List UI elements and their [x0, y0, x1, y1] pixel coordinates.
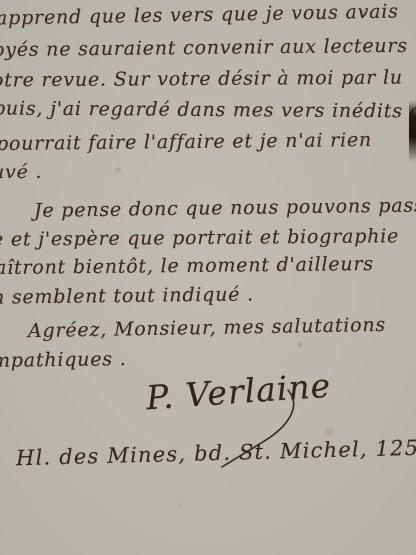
- signature: P. Verlaine: [145, 366, 332, 418]
- letter-line: aîtront bientôt, le moment d'ailleurs: [0, 253, 374, 279]
- letter-line: uvé .: [0, 161, 42, 183]
- letter-line: puis, j'ai regardé dans mes vers inédits…: [0, 97, 416, 122]
- photo-edge-shadow: [409, 100, 416, 162]
- letter-line: apprend que les vers que je vous avais: [0, 0, 399, 29]
- handwritten-letter-photo: apprend que les vers que je vous avais o…: [0, 0, 416, 555]
- letter-line: n semblent tout indiqué .: [0, 283, 254, 308]
- address-line: Hl. des Mines, bd. St. Michel, 125: [16, 436, 416, 471]
- letter-line: e et j'espère que portrait et biographie: [0, 225, 399, 251]
- letter-line: oyés ne sauraient convenir aux lecteurs: [0, 35, 408, 61]
- letter-line: otre revue. Sur votre désir à moi par lu: [0, 67, 403, 92]
- letter-line: pourrait faire l'affaire et je n'ai rien: [0, 129, 372, 155]
- letter-line: mpathiques .: [0, 348, 127, 372]
- letter-line: Agréez, Monsieur, mes salutations: [28, 314, 386, 342]
- letter-line: Je pense donc que nous pouvons passer: [34, 194, 416, 222]
